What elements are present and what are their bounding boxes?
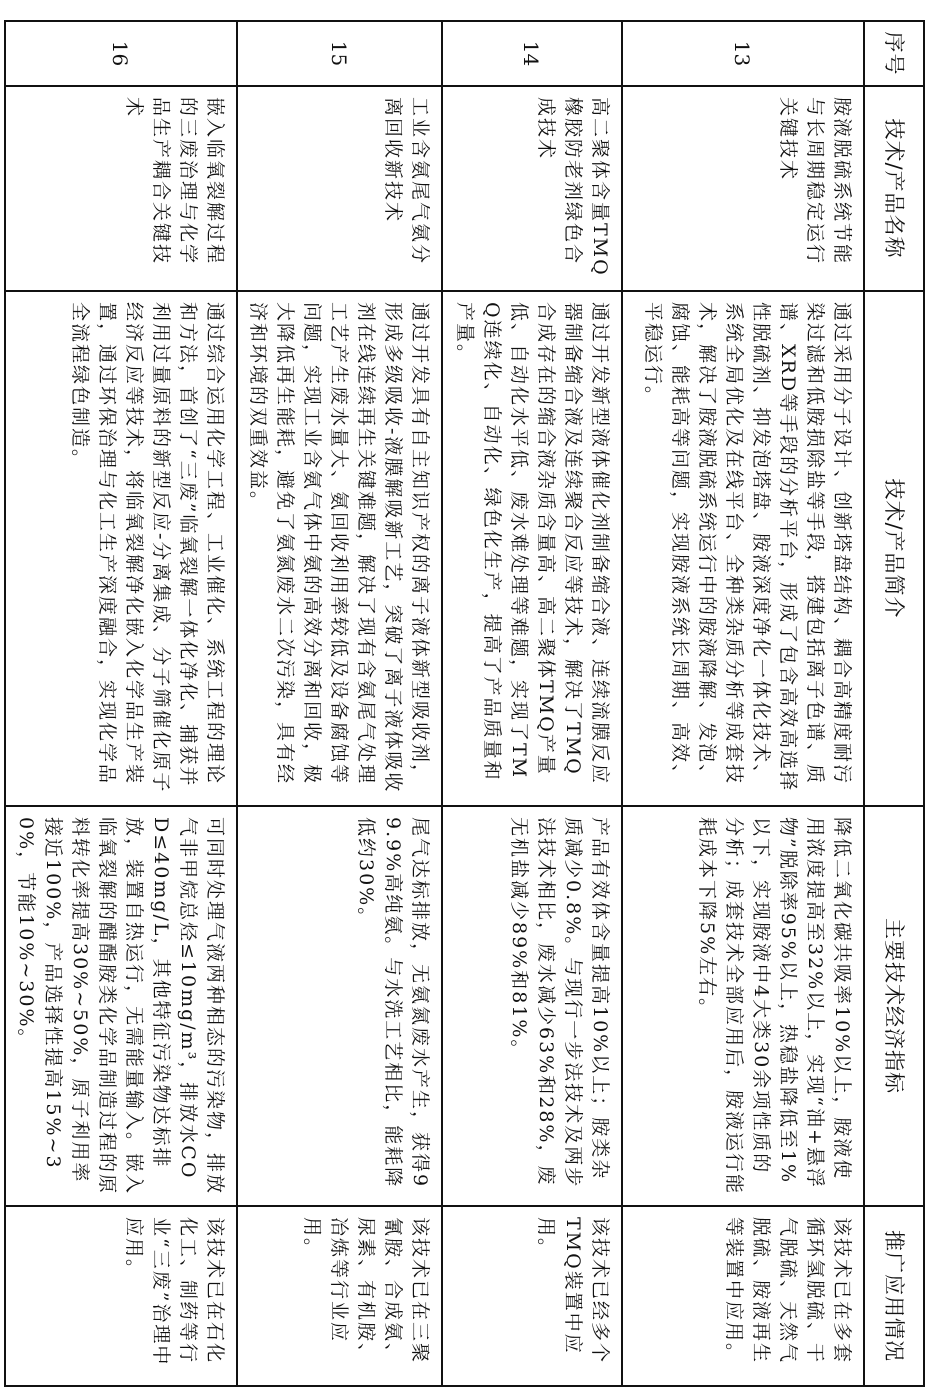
cell-name: 嵌入临氧裂解过程的三废治理与化学品生产耦合关键技术 <box>5 86 237 291</box>
table-header-row: 序号 技术/产品名称 技术/产品简介 主要技术经济指标 推广应用情况 <box>864 21 924 1386</box>
cell-intro: 通过开发具有自主知识产权的离子液体新型吸收剂，形成多级吸收-液膜解吸新工艺，突破… <box>237 291 442 806</box>
cell-name: 高二聚体含量TMQ橡胶防老剂绿色合成技术 <box>442 86 622 291</box>
cell-metrics: 产品有效体含量提高10%以上；胺类杂质减少0.8%。与现行一步法技术及两步法技术… <box>442 806 622 1206</box>
header-intro: 技术/产品简介 <box>864 291 924 806</box>
cell-seq: 14 <box>442 21 622 86</box>
cell-seq: 16 <box>5 21 237 86</box>
header-seq: 序号 <box>864 21 924 86</box>
table-row: 16 嵌入临氧裂解过程的三废治理与化学品生产耦合关键技术 通过综合运用化学工程、… <box>5 21 237 1386</box>
header-metrics: 主要技术经济指标 <box>864 806 924 1206</box>
cell-intro: 通过采用分子设计、创新塔盘结构、耦合高精度耐污染过滤和低胺损除盐等手段，搭建包括… <box>622 291 864 806</box>
cell-intro: 通过综合运用化学工程、工业催化、系统工程的理论和方法，首创了“三废”临氧裂解一体… <box>5 291 237 806</box>
rotated-document-page: 序号 技术/产品名称 技术/产品简介 主要技术经济指标 推广应用情况 13 胺液… <box>0 0 932 1400</box>
cell-name: 胺液脱硫系统节能与长周期稳定运行关键技术 <box>622 86 864 291</box>
table-row: 14 高二聚体含量TMQ橡胶防老剂绿色合成技术 通过开发新型液体催化剂制备缩合液… <box>442 21 622 1386</box>
cell-application: 该技术已经多个TMQ装置中应用。 <box>442 1206 622 1386</box>
cell-seq: 13 <box>622 21 864 86</box>
header-name: 技术/产品名称 <box>864 86 924 291</box>
cell-intro: 通过开发新型液体催化剂制备缩合液、连续流膜反应器制备缩合液及连续聚合反应等技术，… <box>442 291 622 806</box>
table-row: 15 工业含氨尾气氨分离回收新技术 通过开发具有自主知识产权的离子液体新型吸收剂… <box>237 21 442 1386</box>
cell-seq: 15 <box>237 21 442 86</box>
technology-table: 序号 技术/产品名称 技术/产品简介 主要技术经济指标 推广应用情况 13 胺液… <box>4 20 925 1387</box>
cell-metrics: 可同时处理气液两种相态的污染物，排放气非甲烷总烃≤10mg/m³，排放水COD≤… <box>5 806 237 1206</box>
cell-application: 该技术已在三聚氰胺、合成氨、尿素、有机胺、冶炼等行业应用。 <box>237 1206 442 1386</box>
header-application: 推广应用情况 <box>864 1206 924 1386</box>
cell-name: 工业含氨尾气氨分离回收新技术 <box>237 86 442 291</box>
table-row: 13 胺液脱硫系统节能与长周期稳定运行关键技术 通过采用分子设计、创新塔盘结构、… <box>622 21 864 1386</box>
cell-application: 该技术已在多套循环氢脱硫、干气脱硫、天然气脱硫、胺液再生等装置中应用。 <box>622 1206 864 1386</box>
cell-metrics: 降低二氧化碳共吸率10%以上，胺液使用浓度提高至32%以上，实现“油+悬浮物”脱… <box>622 806 864 1206</box>
cell-metrics: 尾气达标排放，无氨氮废水产生，获得99.9%高纯氨。与水洗工艺相比，能耗降低约3… <box>237 806 442 1206</box>
cell-application: 该技术已在石化化工、制药等行业“三废”治理中应用。 <box>5 1206 237 1386</box>
